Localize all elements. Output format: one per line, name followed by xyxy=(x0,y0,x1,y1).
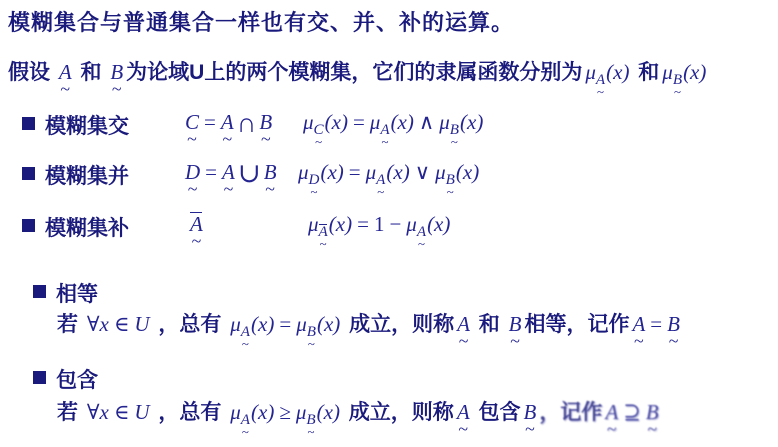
smudged-notation-text: ，记作A~⊇B~ xyxy=(539,401,661,424)
inclusion-text-2: ，总有 xyxy=(153,401,228,424)
equality-text-4: 和 xyxy=(473,313,506,336)
union-definition-formula: D~=A~∪B~ xyxy=(185,160,277,187)
equality-text-3: 成立，则称 xyxy=(343,313,454,336)
row-union-label: 模糊集并 xyxy=(45,160,129,190)
square-bullet-icon xyxy=(22,219,35,232)
fuzzy-set-b-symbol: B~ xyxy=(523,400,536,425)
a-equals-b-formula: A~=B~ xyxy=(632,312,680,337)
row-complement: 模糊集补 A~ μA~(x)=1−μA~(x) xyxy=(0,212,778,256)
intro-line: 假设 A~ 和 B~为论域U上的两个模糊集，它们的隶属函数分别为μA~(x) 和… xyxy=(8,56,709,89)
section-inclusion: 包含 xyxy=(0,364,778,396)
section-equality: 相等 xyxy=(0,278,778,310)
inclusion-text-1: 若 xyxy=(57,401,84,424)
fuzzy-set-a-symbol: A~ xyxy=(457,400,470,425)
intro-text-1: 假设 xyxy=(8,61,56,84)
intersection-membership-formula: μC~(x)=μA~(x)∧μB~(x) xyxy=(303,110,483,139)
square-bullet-icon xyxy=(22,167,35,180)
membership-mu-b: μB~(x) xyxy=(662,60,706,89)
inclusion-text-3: 成立，则称 xyxy=(343,401,454,424)
square-bullet-icon xyxy=(33,371,46,384)
complement-membership-formula: μA~(x)=1−μA~(x) xyxy=(308,212,450,241)
intro-text-2: 和 xyxy=(75,61,108,84)
square-bullet-icon xyxy=(22,117,35,130)
slide-title: 模糊集合与普通集合一样也有交、并、补的运算。 xyxy=(8,6,514,37)
intro-text-3: 为论域U上的两个模糊集，它们的隶属函数分别为 xyxy=(126,61,582,84)
row-union: 模糊集并 D~=A~∪B~ μD~(x)=μA~(x)∨μB~(x) xyxy=(0,160,778,204)
membership-equality-formula: μA~(x)=μB~(x) xyxy=(230,312,340,341)
forall-x-in-u: ∀x∈U xyxy=(87,312,150,337)
inclusion-tail-text: ，记作 xyxy=(539,401,602,424)
equality-text-2: ，总有 xyxy=(153,313,228,336)
section-equality-label: 相等 xyxy=(56,278,98,308)
equality-statement: 若 ∀x∈U ，总有 μA~(x)=μB~(x) 成立，则称A~ 和 B~相等，… xyxy=(57,308,683,341)
inclusion-text-4: 包含 xyxy=(473,401,521,424)
union-membership-formula: μD~(x)=μA~(x)∨μB~(x) xyxy=(298,160,479,189)
square-bullet-icon xyxy=(33,285,46,298)
row-intersection-label: 模糊集交 xyxy=(45,110,129,140)
fuzzy-set-a-symbol: A~ xyxy=(457,312,470,337)
intersection-definition-formula: C~=A~∩B~ xyxy=(185,110,272,137)
equality-text-1: 若 xyxy=(57,313,84,336)
complement-definition-formula: A~ xyxy=(190,212,203,237)
forall-x-in-u: ∀x∈U xyxy=(87,400,150,425)
fuzzy-set-b-symbol: B~ xyxy=(110,60,123,85)
intro-text-4: 和 xyxy=(632,61,659,84)
membership-mu-a: μA~(x) xyxy=(585,60,629,89)
a-superset-b-formula: A~⊇B~ xyxy=(605,400,658,425)
row-intersection: 模糊集交 C~=A~∩B~ μC~(x)=μA~(x)∧μB~(x) xyxy=(0,110,778,154)
row-complement-label: 模糊集补 xyxy=(45,212,129,242)
equality-text-5: 相等，记作 xyxy=(524,313,629,336)
fuzzy-set-b-symbol: B~ xyxy=(509,312,522,337)
slide: 模糊集合与普通集合一样也有交、并、补的运算。 假设 A~ 和 B~为论域U上的两… xyxy=(0,0,778,447)
inclusion-statement: 若 ∀x∈U ，总有 μA~(x)≥μB~(x) 成立，则称A~ 包含B~，记作… xyxy=(57,396,662,429)
membership-geq-formula: μA~(x)≥μB~(x) xyxy=(230,400,340,429)
fuzzy-set-a-symbol: A~ xyxy=(59,60,72,85)
section-inclusion-label: 包含 xyxy=(56,364,98,394)
